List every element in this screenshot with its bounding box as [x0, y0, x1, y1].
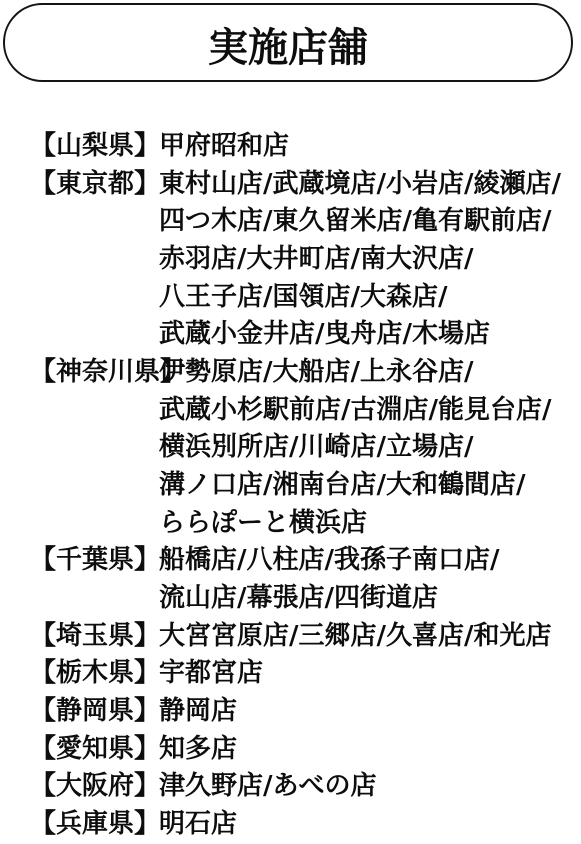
prefecture-row-osaka: 【大阪府】 津久野店/あべの店	[30, 768, 575, 806]
store-line: 知多店	[159, 731, 575, 769]
store-line: 武蔵小杉駅前店/古淵店/能見台店/	[159, 392, 575, 430]
store-line: 四つ木店/東久留米店/亀有駅前店/	[159, 203, 575, 241]
prefecture-row-aichi: 【愛知県】 知多店	[30, 731, 575, 769]
store-line: 東村山店/武蔵境店/小岩店/綾瀬店/	[159, 166, 575, 204]
store-line: 明石店	[159, 806, 575, 844]
prefecture-label: 【兵庫県】	[30, 806, 159, 844]
store-names: 東村山店/武蔵境店/小岩店/綾瀬店/ 四つ木店/東久留米店/亀有駅前店/ 赤羽店…	[159, 166, 575, 354]
store-line: 溝ノ口店/湘南台店/大和鶴間店/	[159, 467, 575, 505]
prefecture-label: 【埼玉県】	[30, 618, 159, 656]
prefecture-label: 【愛知県】	[30, 731, 159, 769]
prefecture-row-chiba: 【千葉県】 船橋店/八柱店/我孫子南口店/ 流山店/幕張店/四街道店	[30, 542, 575, 617]
prefecture-row-shizuoka: 【静岡県】 静岡店	[30, 693, 575, 731]
prefecture-label: 【大阪府】	[30, 768, 159, 806]
store-names: 明石店	[159, 806, 575, 844]
store-line: 八王子店/国領店/大森店/	[159, 279, 575, 317]
store-line: 伊勢原店/大船店/上永谷店/	[159, 354, 575, 392]
prefecture-label: 【静岡県】	[30, 693, 159, 731]
store-line: 大宮宮原店/三郷店/久喜店/和光店	[159, 618, 575, 656]
store-names: 甲府昭和店	[159, 128, 575, 166]
store-names: 船橋店/八柱店/我孫子南口店/ 流山店/幕張店/四街道店	[159, 542, 575, 617]
prefecture-row-tochigi: 【栃木県】 宇都宮店	[30, 655, 575, 693]
store-names: 宇都宮店	[159, 655, 575, 693]
flyer-page: 実施店舗 【山梨県】 甲府昭和店 【東京都】 東村山店/武蔵境店/小岩店/綾瀬店…	[0, 0, 581, 844]
prefecture-row-yamanashi: 【山梨県】 甲府昭和店	[30, 128, 575, 166]
prefecture-row-hyogo: 【兵庫県】 明石店	[30, 806, 575, 844]
store-line: 宇都宮店	[159, 655, 575, 693]
prefecture-row-tokyo: 【東京都】 東村山店/武蔵境店/小岩店/綾瀬店/ 四つ木店/東久留米店/亀有駅前…	[30, 166, 575, 354]
store-line: 流山店/幕張店/四街道店	[159, 580, 575, 618]
store-names: 静岡店	[159, 693, 575, 731]
store-line: 武蔵小金井店/曳舟店/木場店	[159, 316, 575, 354]
store-line: 赤羽店/大井町店/南大沢店/	[159, 241, 575, 279]
store-line: ららぽーと横浜店	[159, 505, 575, 543]
store-line: 横浜別所店/川崎店/立場店/	[159, 429, 575, 467]
prefecture-label: 【山梨県】	[30, 128, 159, 166]
store-line: 船橋店/八柱店/我孫子南口店/	[159, 542, 575, 580]
store-line: 津久野店/あべの店	[159, 768, 575, 806]
store-names: 伊勢原店/大船店/上永谷店/ 武蔵小杉駅前店/古淵店/能見台店/ 横浜別所店/川…	[159, 354, 575, 542]
prefecture-label: 【神奈川県】	[30, 354, 159, 392]
prefecture-label: 【栃木県】	[30, 655, 159, 693]
prefecture-label: 【東京都】	[30, 166, 159, 204]
store-line: 甲府昭和店	[159, 128, 575, 166]
prefecture-label: 【千葉県】	[30, 542, 159, 580]
prefecture-row-saitama: 【埼玉県】 大宮宮原店/三郷店/久喜店/和光店	[30, 618, 575, 656]
title-banner: 実施店舗	[3, 3, 573, 82]
page-title: 実施店舗	[208, 12, 368, 73]
store-names: 大宮宮原店/三郷店/久喜店/和光店	[159, 618, 575, 656]
store-line: 静岡店	[159, 693, 575, 731]
prefecture-row-kanagawa: 【神奈川県】 伊勢原店/大船店/上永谷店/ 武蔵小杉駅前店/古淵店/能見台店/ …	[30, 354, 575, 542]
store-names: 津久野店/あべの店	[159, 768, 575, 806]
store-names: 知多店	[159, 731, 575, 769]
store-list: 【山梨県】 甲府昭和店 【東京都】 東村山店/武蔵境店/小岩店/綾瀬店/ 四つ木…	[30, 128, 575, 843]
